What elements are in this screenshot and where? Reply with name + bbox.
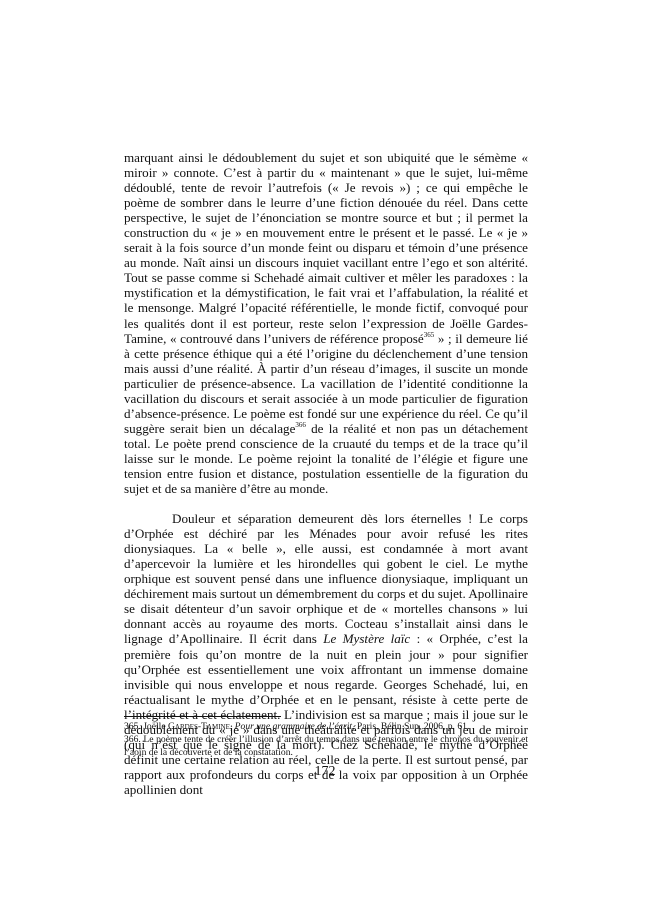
- footnote-365: 365. Joëlle Gardes-Tamine, Pour une gram…: [124, 720, 528, 733]
- text-run: marquant ainsi le dédoublement du sujet …: [124, 150, 528, 346]
- footnote-number: 365.: [124, 721, 141, 732]
- page-number: 172: [0, 764, 650, 780]
- paragraph-1: marquant ainsi le dédoublement du sujet …: [124, 150, 528, 496]
- body-text: marquant ainsi le dédoublement du sujet …: [124, 150, 528, 797]
- footnote-separator: [124, 716, 281, 717]
- footnotes: 365. Joëlle Gardes-Tamine, Pour une gram…: [124, 720, 528, 759]
- footnote-title: Pour une grammaire de l’écrit: [235, 721, 352, 732]
- document-page: marquant ainsi le dédoublement du sujet …: [0, 0, 650, 920]
- footnote-author-last: Gardes-Tamine: [168, 721, 230, 732]
- footnote-ref-365[interactable]: 365: [424, 331, 435, 339]
- book-title: Le Mystère laïc: [323, 631, 410, 646]
- footnote-author-first: Joëlle: [143, 721, 168, 732]
- footnote-rest: , Paris, Bélin Sup, 2006, p. 61.: [352, 721, 469, 732]
- footnote-text: Le poème tente de créer l’illusion d’arr…: [124, 734, 528, 758]
- footnote-366: 366. Le poème tente de créer l’illusion …: [124, 733, 528, 759]
- text-run: Douleur et séparation demeurent dès lors…: [124, 511, 528, 646]
- footnote-number: 366.: [124, 734, 141, 745]
- footnote-ref-366[interactable]: 366: [295, 421, 306, 429]
